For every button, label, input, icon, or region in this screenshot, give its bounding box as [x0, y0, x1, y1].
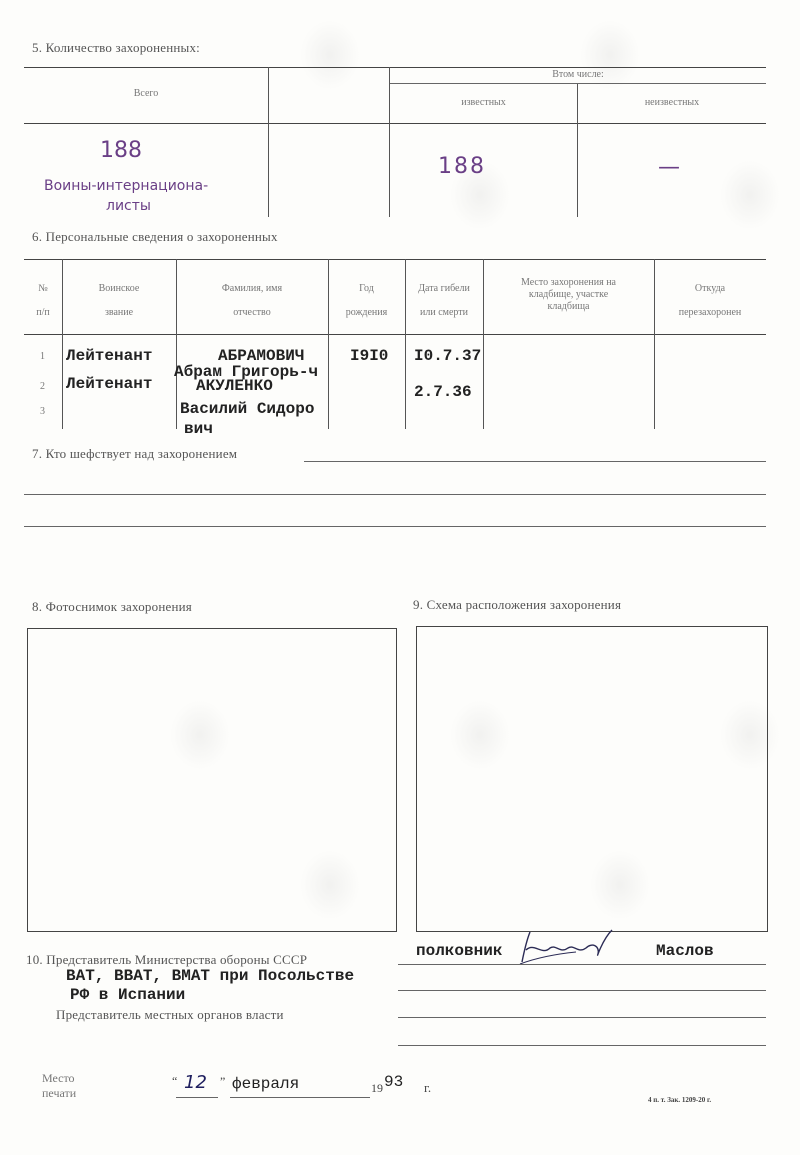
scheme-box	[416, 626, 768, 932]
col-header-line: Воинское	[62, 277, 176, 301]
col-header-line: Место захоронения на	[483, 277, 654, 289]
table5-subheader-border	[390, 83, 766, 84]
ministry-rep-line2: РФ в Испании	[70, 986, 185, 1004]
date-quote-close: ”	[220, 1074, 225, 1089]
col-header-number: № п/п	[24, 277, 62, 325]
section5-title: 5. Количество захороненных:	[32, 40, 200, 56]
col-header-burial-place: Место захоронения на кладбище, участке к…	[483, 277, 654, 313]
row2-given-name-cont: вич	[184, 420, 213, 438]
col-header-line: рождения	[328, 301, 405, 325]
col-header-line: кладбище, участке	[483, 289, 654, 301]
total-note-line1: Воины-интернациона-	[44, 178, 208, 194]
header-known: известных	[390, 97, 577, 108]
date-suffix: г.	[424, 1080, 431, 1096]
table5-divider	[389, 67, 390, 217]
col-header-death-date: Дата гибели или смерти	[405, 277, 483, 325]
section7-title: 7. Кто шефствует над захоронением	[32, 446, 237, 462]
stamp-label: Место	[42, 1071, 76, 1086]
date-year-suffix: 93	[384, 1073, 403, 1091]
col-header-line: №	[24, 277, 62, 301]
signatory-rank: полковник	[416, 942, 502, 960]
row2-death-date: 2.7.36	[414, 383, 472, 401]
col-header-line: или смерти	[405, 301, 483, 325]
section8-title: 8. Фотоснимок захоронения	[32, 599, 192, 615]
date-quote-open: “	[172, 1074, 177, 1089]
local-rep-label: Представитель местных органов власти	[56, 1007, 284, 1023]
date-month: февраля	[232, 1075, 299, 1093]
date-month-line	[230, 1097, 370, 1098]
known-value: 188	[438, 154, 486, 179]
col-header-reburied-from: Откуда перезахоронен	[654, 277, 766, 325]
table5-top-border	[24, 67, 766, 68]
watermark	[720, 160, 780, 230]
row1-rank: Лейтенант	[66, 347, 152, 365]
photo-box	[27, 628, 397, 932]
date-year-prefix: 19	[371, 1081, 383, 1096]
row1-birth-year: I9I0	[350, 347, 388, 365]
col-header-line: отчество	[176, 301, 328, 325]
stamp-placeholder: Место печати	[42, 1071, 76, 1101]
print-code: 4 п. т. Зак. 1209-20 г.	[648, 1096, 711, 1104]
section10-title: 10. Представитель Министерства обороны С…	[26, 952, 307, 968]
col-header-line: перезахоронен	[654, 301, 766, 325]
header-total: Всего	[24, 88, 268, 99]
header-unknown: неизвестных	[578, 97, 766, 108]
watermark	[300, 20, 360, 90]
signature	[516, 928, 616, 968]
ministry-rep-line1: ВАТ, ВВАТ, ВМАТ при Посольстве	[66, 967, 354, 985]
section6-title: 6. Персональные сведения о захороненных	[32, 229, 278, 245]
patron-line	[24, 526, 766, 527]
row-number: 3	[40, 406, 45, 417]
total-note-line2: листы	[106, 198, 151, 214]
signatory-name: Маслов	[656, 942, 714, 960]
col-header-line: Дата гибели	[405, 277, 483, 301]
col-header-line: Откуда	[654, 277, 766, 301]
col-header-line: Год	[328, 277, 405, 301]
col-header-line: п/п	[24, 301, 62, 325]
signature-line	[398, 964, 766, 965]
table5-header-bottom-border	[24, 123, 766, 124]
section9-title: 9. Схема расположения захоронения	[413, 597, 621, 613]
date-day: 12	[184, 1072, 207, 1093]
col-header-line: кладбища	[483, 301, 654, 313]
row2-surname: АКУЛЕНКО	[196, 377, 273, 395]
signature-scribble	[516, 928, 616, 968]
row-number: 2	[40, 381, 45, 392]
header-including: Втом числе:	[390, 69, 766, 80]
date-day-line	[176, 1097, 218, 1098]
table5-divider	[268, 67, 269, 217]
signature-line	[398, 990, 766, 991]
row2-rank: Лейтенант	[66, 375, 152, 393]
col-header-name: Фамилия, имя отчество	[176, 277, 328, 325]
row1-death-date: I0.7.37	[414, 347, 481, 365]
row-number: 1	[40, 351, 45, 362]
signature-line	[398, 1017, 766, 1018]
unknown-value: —	[658, 155, 680, 180]
patron-line	[24, 494, 766, 495]
col-header-rank: Воинское звание	[62, 277, 176, 325]
row2-given-name: Василий Сидоро	[180, 400, 314, 418]
col-header-line: звание	[62, 301, 176, 325]
stamp-label: печати	[42, 1086, 76, 1101]
col-header-birth-year: Год рождения	[328, 277, 405, 325]
total-value: 188	[100, 138, 142, 163]
patron-line	[304, 461, 766, 462]
col-header-line: Фамилия, имя	[176, 277, 328, 301]
signature-line	[398, 1045, 766, 1046]
